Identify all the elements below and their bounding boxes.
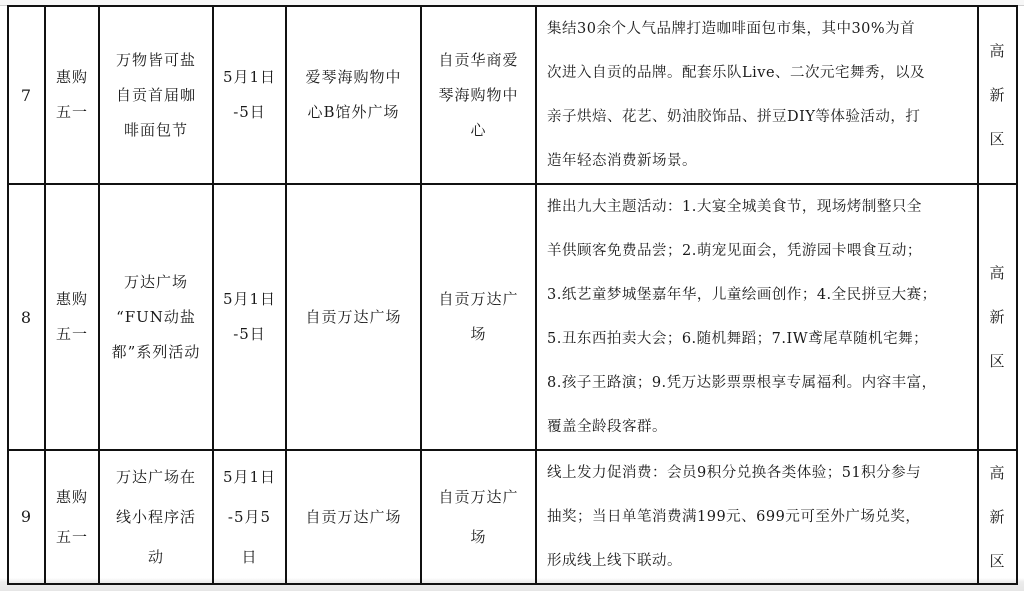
table-row: 7 惠购 五一 万物皆可盐 自贡首届咖 啡面包节 5月1日 -5日 爱琴海购物中… (8, 6, 1017, 184)
venue-line: 自贡万达广场 (291, 300, 416, 335)
district-cell: 高 新 区 (978, 450, 1017, 584)
district-char: 新 (979, 295, 1016, 339)
district-cell: 高 新 区 (978, 6, 1017, 184)
category-line: 五一 (50, 317, 94, 352)
description-line: 线上发力促消费：会员9积分兑换各类体验；51积分参与 (547, 451, 969, 495)
activity-name-line: 万物皆可盐 (104, 43, 208, 78)
activity-name-cell: 万达广场 “FUN动盐 都”系列活动 (99, 184, 213, 450)
events-table: 7 惠购 五一 万物皆可盐 自贡首届咖 啡面包节 5月1日 -5日 爱琴海购物中… (7, 5, 1018, 585)
district-char: 新 (979, 495, 1016, 539)
organizer-line: 自贡万达广 (426, 477, 531, 517)
category-line: 惠购 (50, 60, 94, 95)
description-line: 8.孩子王路演；9.凭万达影票票根享专属福利。内容丰富， (547, 361, 969, 405)
district-char: 区 (979, 339, 1016, 383)
description-line: 次进入自贡的品牌。配套乐队Live、二次元宅舞秀，以及 (547, 51, 969, 95)
organizer-cell: 自贡万达广 场 (421, 450, 536, 584)
description-line: 羊供顾客免费品尝；2.萌宠见面会，凭游园卡喂食互动； (547, 229, 969, 273)
description-cell: 线上发力促消费：会员9积分兑换各类体验；51积分参与 抽奖；当日单笔消费满199… (536, 450, 978, 584)
category-line: 惠购 (50, 282, 94, 317)
category-line: 五一 (50, 95, 94, 130)
row-index-text: 7 (21, 86, 32, 105)
row-index-text: 8 (21, 308, 32, 327)
activity-name-line: 自贡首届咖 (104, 78, 208, 113)
district-char: 新 (979, 73, 1016, 117)
table-row: 8 惠购 五一 万达广场 “FUN动盐 都”系列活动 5月1日 -5日 自贡万达… (8, 184, 1017, 450)
description-cell: 推出九大主题活动：1.大宴全城美食节，现场烤制整只全 羊供顾客免费品尝；2.萌宠… (536, 184, 978, 450)
date-line: 5月1日 (218, 457, 281, 497)
organizer-line: 场 (426, 317, 531, 352)
category-cell: 惠购 五一 (45, 184, 99, 450)
row-index: 8 (8, 184, 45, 450)
date-line: 日 (218, 537, 281, 577)
category-line: 惠购 (50, 477, 94, 517)
district-char: 区 (979, 117, 1016, 161)
organizer-line: 自贡万达广 (426, 282, 531, 317)
row-index: 7 (8, 6, 45, 184)
table-row: 9 惠购 五一 万达广场在 线小程序活 动 5月1日 -5月5 日 自贡万达广场… (8, 450, 1017, 584)
description-line: 覆盖全龄段客群。 (547, 405, 969, 449)
description-cell: 集结30余个人气品牌打造咖啡面包市集，其中30%为首 次进入自贡的品牌。配套乐队… (536, 6, 978, 184)
row-index-text: 9 (21, 507, 32, 526)
organizer-cell: 自贡万达广 场 (421, 184, 536, 450)
activity-name-line: 啡面包节 (104, 113, 208, 148)
date-line: -5日 (218, 95, 281, 130)
category-cell: 惠购 五一 (45, 6, 99, 184)
description-line: 推出九大主题活动：1.大宴全城美食节，现场烤制整只全 (547, 185, 969, 229)
date-line: -5日 (218, 317, 281, 352)
date-cell: 5月1日 -5月5 日 (213, 450, 286, 584)
row-index: 9 (8, 450, 45, 584)
date-line: 5月1日 (218, 60, 281, 95)
date-cell: 5月1日 -5日 (213, 184, 286, 450)
district-char: 高 (979, 451, 1016, 495)
description-line: 造年轻态消费新场景。 (547, 139, 969, 183)
date-line: -5月5 (218, 497, 281, 537)
venue-line: 自贡万达广场 (291, 497, 416, 537)
venue-cell: 爱琴海购物中 心B馆外广场 (286, 6, 421, 184)
organizer-line: 场 (426, 517, 531, 557)
venue-cell: 自贡万达广场 (286, 450, 421, 584)
activity-name-line: “FUN动盐 (104, 300, 208, 335)
activity-name-line: 动 (104, 537, 208, 577)
category-cell: 惠购 五一 (45, 450, 99, 584)
organizer-line: 自贡华商爱 (426, 43, 531, 78)
district-char: 高 (979, 251, 1016, 295)
description-line: 形成线上线下联动。 (547, 539, 969, 583)
activity-name-line: 万达广场 (104, 265, 208, 300)
venue-cell: 自贡万达广场 (286, 184, 421, 450)
description-line: 集结30余个人气品牌打造咖啡面包市集，其中30%为首 (547, 7, 969, 51)
district-char: 区 (979, 539, 1016, 583)
organizer-cell: 自贡华商爱 琴海购物中 心 (421, 6, 536, 184)
activity-name-cell: 万物皆可盐 自贡首届咖 啡面包节 (99, 6, 213, 184)
organizer-line: 琴海购物中 (426, 78, 531, 113)
description-line: 3.纸艺童梦城堡嘉年华，儿童绘画创作；4.全民拼豆大赛； (547, 273, 969, 317)
category-line: 五一 (50, 517, 94, 557)
description-line: 亲子烘焙、花艺、奶油胶饰品、拼豆DIY等体验活动，打 (547, 95, 969, 139)
description-line: 抽奖；当日单笔消费满199元、699元可至外广场兑奖， (547, 495, 969, 539)
description-line: 5.丑东西拍卖大会；6.随机舞蹈；7.IW鸢尾草随机宅舞； (547, 317, 969, 361)
activity-name-line: 都”系列活动 (104, 335, 208, 370)
organizer-line: 心 (426, 113, 531, 148)
activity-name-line: 线小程序活 (104, 497, 208, 537)
date-line: 5月1日 (218, 282, 281, 317)
venue-line: 心B馆外广场 (291, 95, 416, 130)
activity-name-line: 万达广场在 (104, 457, 208, 497)
activity-name-cell: 万达广场在 线小程序活 动 (99, 450, 213, 584)
district-char: 高 (979, 29, 1016, 73)
district-cell: 高 新 区 (978, 184, 1017, 450)
date-cell: 5月1日 -5日 (213, 6, 286, 184)
venue-line: 爱琴海购物中 (291, 60, 416, 95)
